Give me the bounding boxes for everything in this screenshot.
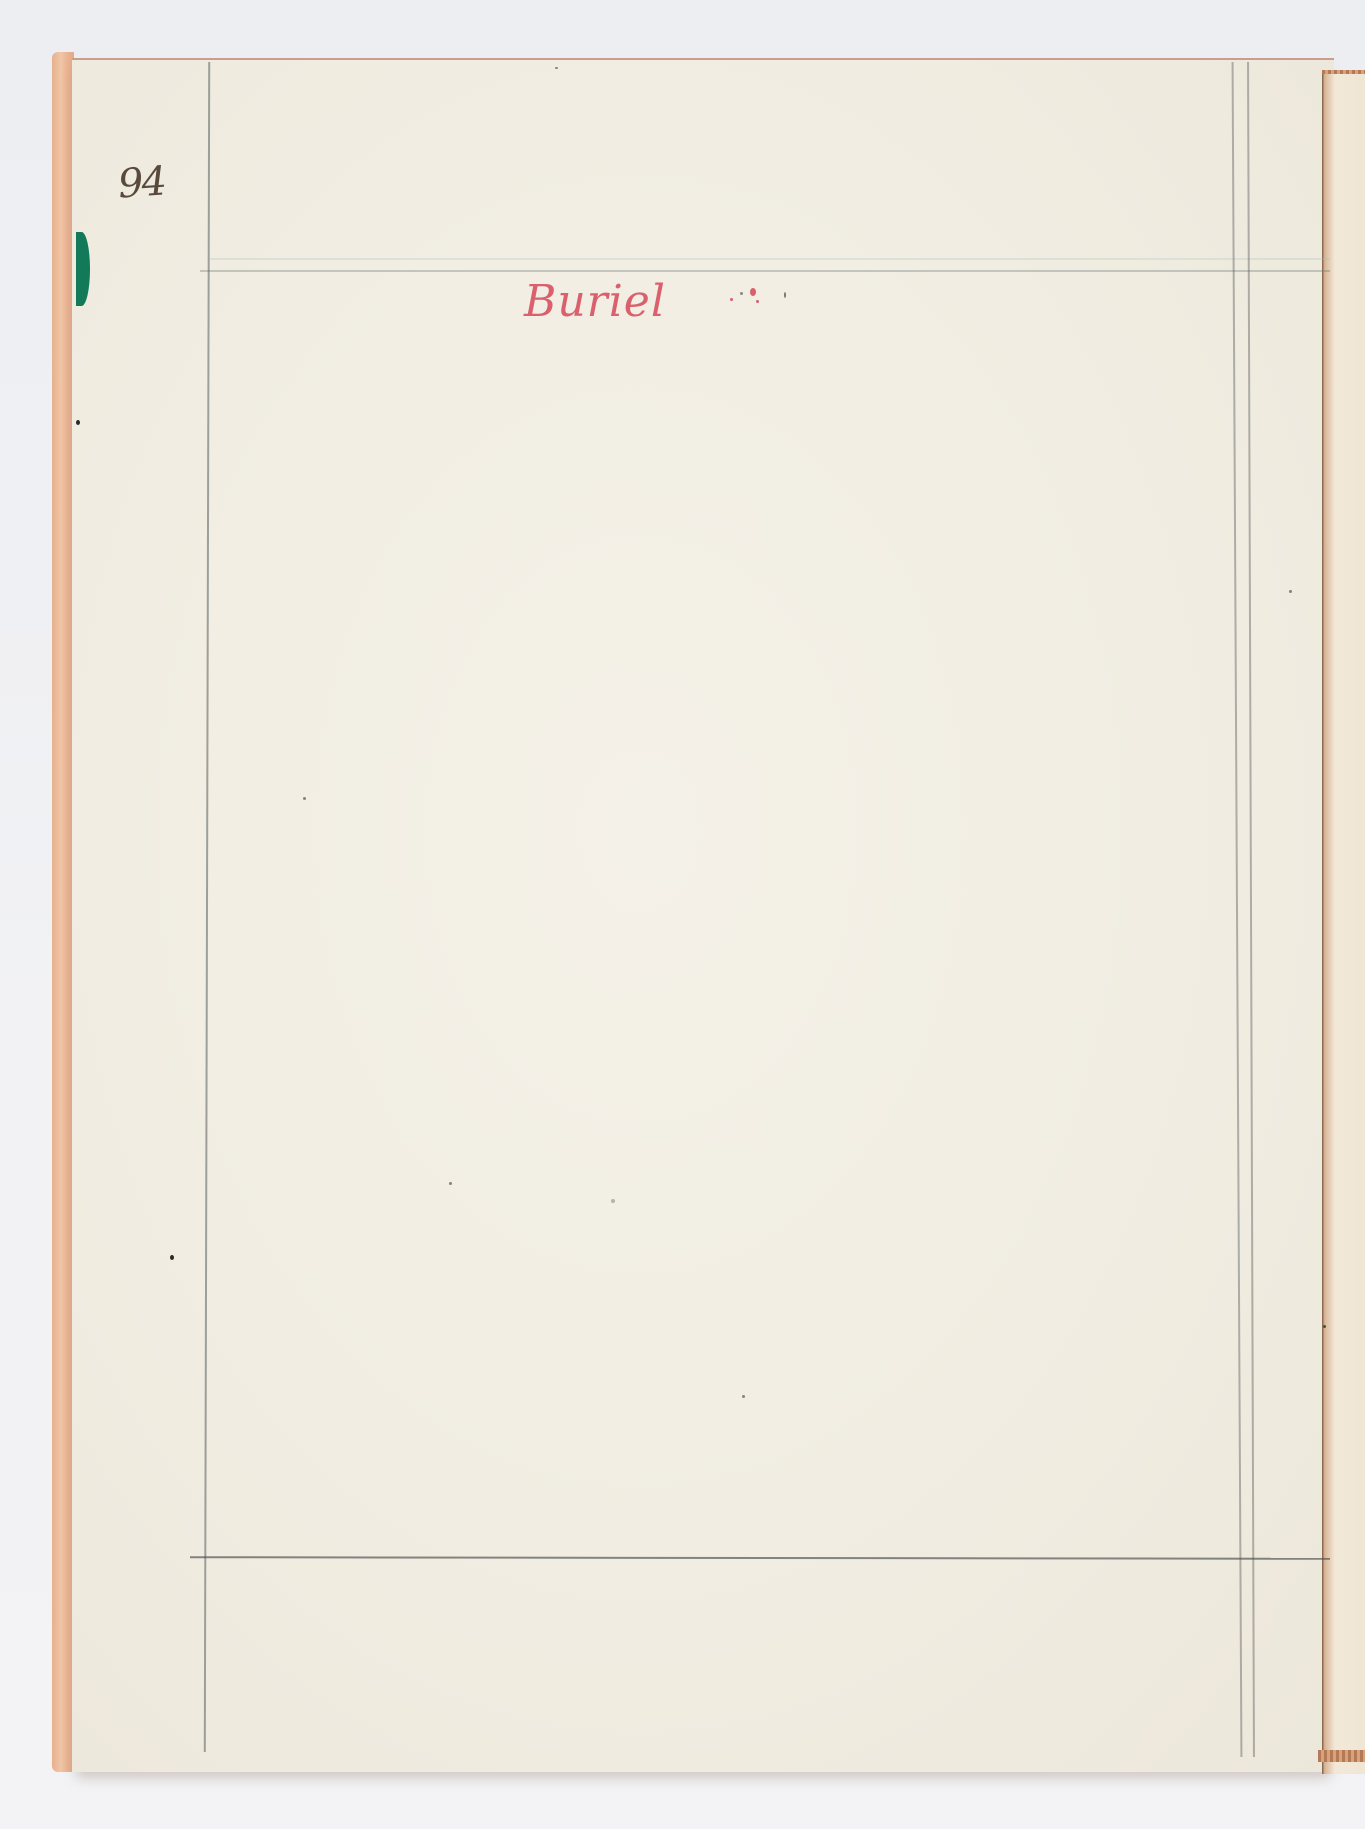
manuscript-page (72, 58, 1334, 1772)
scan-background: 94 Buriel (0, 0, 1365, 1829)
ruled-line-top-faint (210, 258, 1330, 260)
page-number: 94 (116, 158, 166, 207)
ruled-line-top (200, 270, 1330, 272)
paper-speck (1323, 1325, 1326, 1328)
page-edge-stack (52, 52, 74, 1772)
edge-ink-dot (76, 420, 80, 425)
paper-speck (303, 797, 306, 800)
page-heading: Buriel (524, 276, 666, 327)
paper-speck (449, 1182, 452, 1185)
paper-speck (555, 67, 558, 69)
ink-spatter (726, 284, 796, 314)
paper-speck (742, 1395, 745, 1398)
paper-speck (611, 1199, 615, 1203)
binding-stitch-bottom (1318, 1750, 1365, 1762)
edge-ink-dot (170, 1255, 174, 1260)
facing-page-gutter (1322, 74, 1365, 1774)
paper-speck (1289, 590, 1292, 593)
